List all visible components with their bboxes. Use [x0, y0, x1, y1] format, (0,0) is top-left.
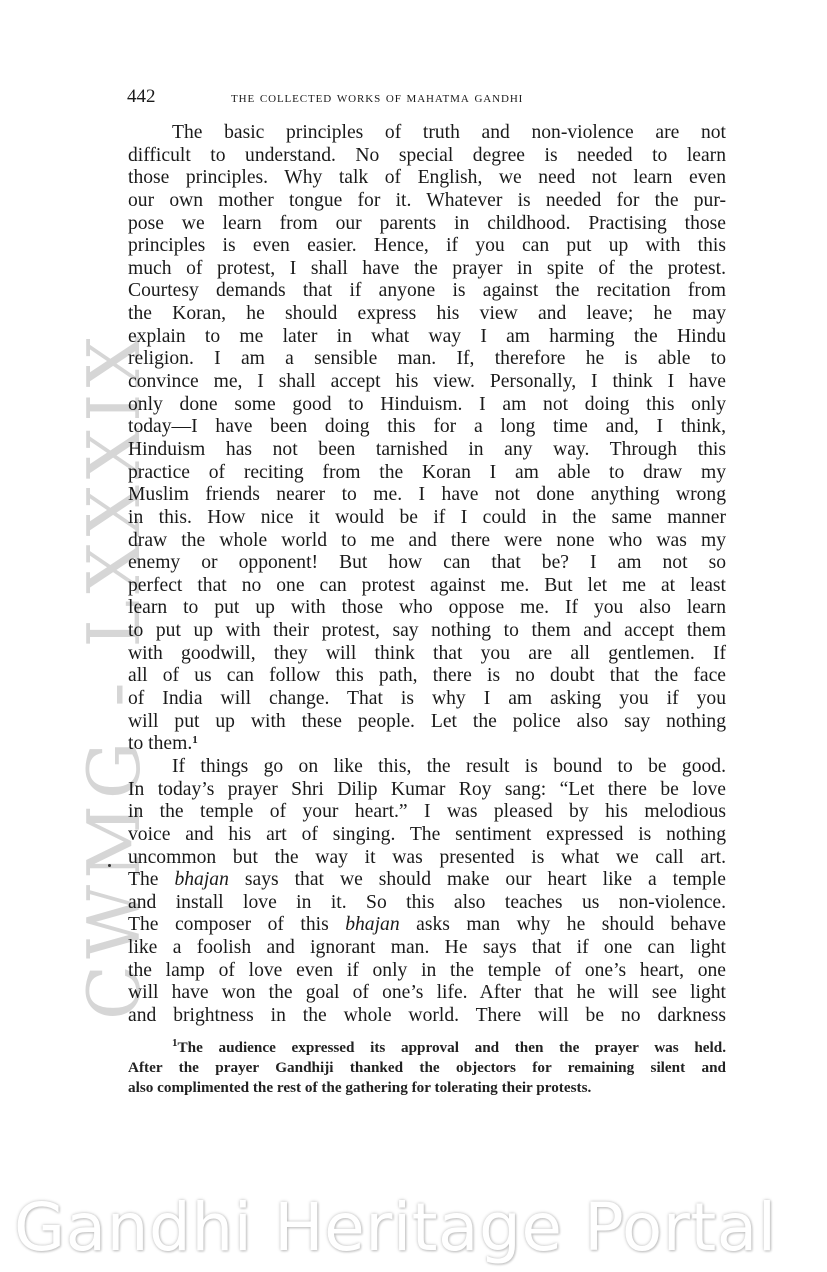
text-line: difficult to understand. No special degr…: [128, 145, 726, 168]
text-line: draw the whole world to me and there wer…: [128, 530, 726, 553]
text-line: voice and his art of singing. The sentim…: [128, 824, 726, 847]
text-line: principles is even easier. Hence, if you…: [128, 235, 726, 258]
text-line: The bhajan says that we should make our …: [128, 869, 726, 892]
text-line: all of us can follow this path, there is…: [128, 665, 726, 688]
text-line: and brightness in the whole world. There…: [128, 1005, 726, 1028]
text-line: will have won the goal of one’s life. Af…: [128, 982, 726, 1005]
footnote-line: After the prayer Gandhiji thanked the ob…: [128, 1058, 726, 1078]
text-line: to put up with their protest, say nothin…: [128, 620, 726, 643]
stray-dot: [108, 864, 111, 867]
text-line: much of protest, I shall have the prayer…: [128, 258, 726, 281]
text-line: Muslim friends nearer to me. I have not …: [128, 484, 726, 507]
text-line: to them.1: [128, 733, 726, 756]
text-line: practice of reciting from the Koran I am…: [128, 462, 726, 485]
text-line: and install love in it. So this also tea…: [128, 892, 726, 915]
italic-term: bhajan: [345, 914, 399, 935]
bottom-watermark: Gandhi Heritage Portal: [14, 1190, 814, 1266]
text-line: in the temple of your heart.” I was plea…: [128, 801, 726, 824]
running-head: THE COLLECTED WORKS OF MAHATMA GANDHI: [231, 88, 523, 108]
text-line: Hinduism has not been tarnished in any w…: [128, 439, 726, 462]
text-line: Courtesy demands that if anyone is again…: [128, 280, 726, 303]
text-line: perfect that no one can protest against …: [128, 575, 726, 598]
text-line: religion. I am a sensible man. If, there…: [128, 348, 726, 371]
text-line: will put up with these people. Let the p…: [128, 711, 726, 734]
text-line: the lamp of love even if only in the tem…: [128, 960, 726, 983]
footnotes: 1The audience expressed its approval and…: [128, 1038, 726, 1098]
footnote-line: 1The audience expressed its approval and…: [128, 1038, 726, 1058]
text-line: like a foolish and ignorant man. He says…: [128, 937, 726, 960]
body-text: The basic principles of truth and non-vi…: [128, 122, 726, 1028]
footnote-ref: 1: [192, 734, 198, 746]
text-line: only done some good to Hinduism. I am no…: [128, 394, 726, 417]
text-line: The composer of this bhajan asks man why…: [128, 914, 726, 937]
text-line: of India will change. That is why I am a…: [128, 688, 726, 711]
text-line: today—I have been doing this for a long …: [128, 416, 726, 439]
text-line: those principles. Why talk of English, w…: [128, 167, 726, 190]
italic-term: bhajan: [174, 869, 228, 890]
text-line: convince me, I shall accept his view. Pe…: [128, 371, 726, 394]
footnote-marker: 1: [172, 1037, 178, 1049]
text-line: The basic principles of truth and non-vi…: [128, 122, 726, 145]
footnote-line: also complimented the rest of the gather…: [128, 1078, 726, 1098]
text-line: explain to me later in what way I am har…: [128, 326, 726, 349]
page-number: 442: [127, 86, 156, 108]
text-line: pose we learn from our parents in childh…: [128, 213, 726, 236]
text-line: the Koran, he should express his view an…: [128, 303, 726, 326]
text-line: our own mother tongue for it. Whatever i…: [128, 190, 726, 213]
text-line: learn to put up with those who oppose me…: [128, 597, 726, 620]
text-line: If things go on like this, the result is…: [128, 756, 726, 779]
text-line: In today’s prayer Shri Dilip Kumar Roy s…: [128, 779, 726, 802]
text-line: uncommon but the way it was presented is…: [128, 847, 726, 870]
text-line: with goodwill, they will think that you …: [128, 643, 726, 666]
text-line: in this. How nice it would be if I could…: [128, 507, 726, 530]
text-line: enemy or opponent! But how can that be? …: [128, 552, 726, 575]
